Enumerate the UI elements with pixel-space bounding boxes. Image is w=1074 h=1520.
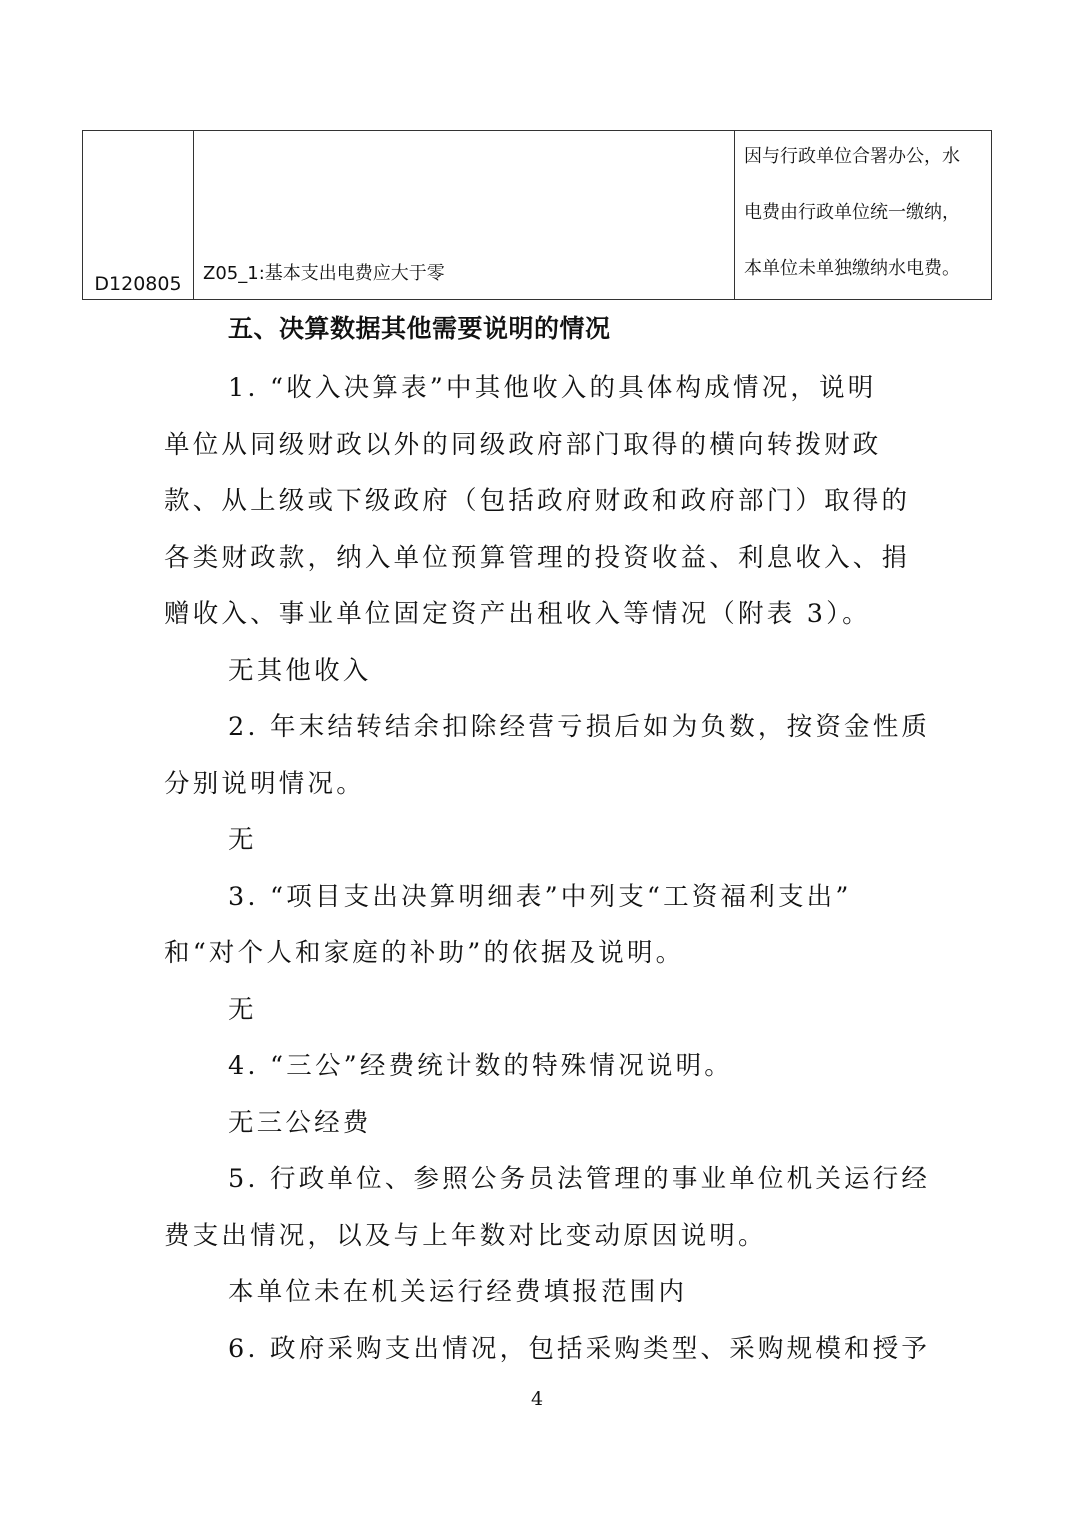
paragraph-line: 5. 行政单位、参照公务员法管理的事业单位机关运行经 bbox=[228, 1159, 930, 1195]
paragraph-line: 2. 年末结转结余扣除经营亏损后如为负数，按资金性质 bbox=[228, 707, 930, 743]
paragraph-line: 单位从同级财政以外的同级政府部门取得的横向转拨财政 bbox=[164, 425, 882, 461]
paragraph-line: 各类财政款，纳入单位预算管理的投资收益、利息收入、捐 bbox=[164, 538, 910, 574]
section-heading: 五、决算数据其他需要说明的情况 bbox=[228, 309, 611, 345]
explanation-cell: 因与行政单位合署办公，水 电费由行政单位统一缴纳， 本单位未单独缴纳水电费。 bbox=[735, 131, 992, 300]
paragraph-line: 6. 政府采购支出情况，包括采购类型、采购规模和授予 bbox=[228, 1329, 930, 1365]
paragraph-line: 3. “项目支出决算明细表”中列支“工资福利支出” bbox=[228, 877, 852, 913]
paragraph-line: 分别说明情况。 bbox=[164, 764, 365, 800]
paragraph-line: 和“对个人和家庭的补助”的依据及说明。 bbox=[164, 933, 684, 969]
paragraph-line: 费支出情况，以及与上年数对比变动原因说明。 bbox=[164, 1216, 767, 1252]
page-number: 4 bbox=[0, 1388, 1074, 1410]
row-code: D120805 bbox=[83, 273, 193, 297]
paragraph-line: 赠收入、事业单位固定资产出租收入等情况（附表 3）。 bbox=[164, 594, 871, 630]
answer-line: 无 bbox=[228, 990, 257, 1026]
table-row: D120805 Z05_1:基本支出电费应大于零 因与行政单位合署办公，水 电费… bbox=[83, 131, 992, 300]
explanation-line: 电费由行政单位统一缴纳， bbox=[744, 185, 991, 241]
explanation-line: 因与行政单位合署办公，水 bbox=[744, 129, 991, 185]
code-cell: D120805 bbox=[83, 131, 194, 300]
paragraph-line: 1. “收入决算表”中其他收入的具体构成情况，说明 bbox=[228, 368, 877, 404]
explanation-line: 本单位未单独缴纳水电费。 bbox=[744, 241, 991, 297]
answer-line: 无 bbox=[228, 820, 257, 856]
paragraph-line: 款、从上级或下级政府（包括政府财政和政府部门）取得的 bbox=[164, 481, 910, 517]
paragraph-line: 4. “三公”经费统计数的特殊情况说明。 bbox=[228, 1046, 733, 1082]
answer-line: 无其他收入 bbox=[228, 651, 372, 687]
rule-text: Z05_1:基本支出电费应大于零 bbox=[203, 259, 734, 299]
rule-cell: Z05_1:基本支出电费应大于零 bbox=[194, 131, 735, 300]
answer-line: 本单位未在机关运行经费填报范围内 bbox=[228, 1272, 687, 1308]
answer-line: 无三公经费 bbox=[228, 1103, 372, 1139]
validation-table: D120805 Z05_1:基本支出电费应大于零 因与行政单位合署办公，水 电费… bbox=[82, 130, 992, 300]
